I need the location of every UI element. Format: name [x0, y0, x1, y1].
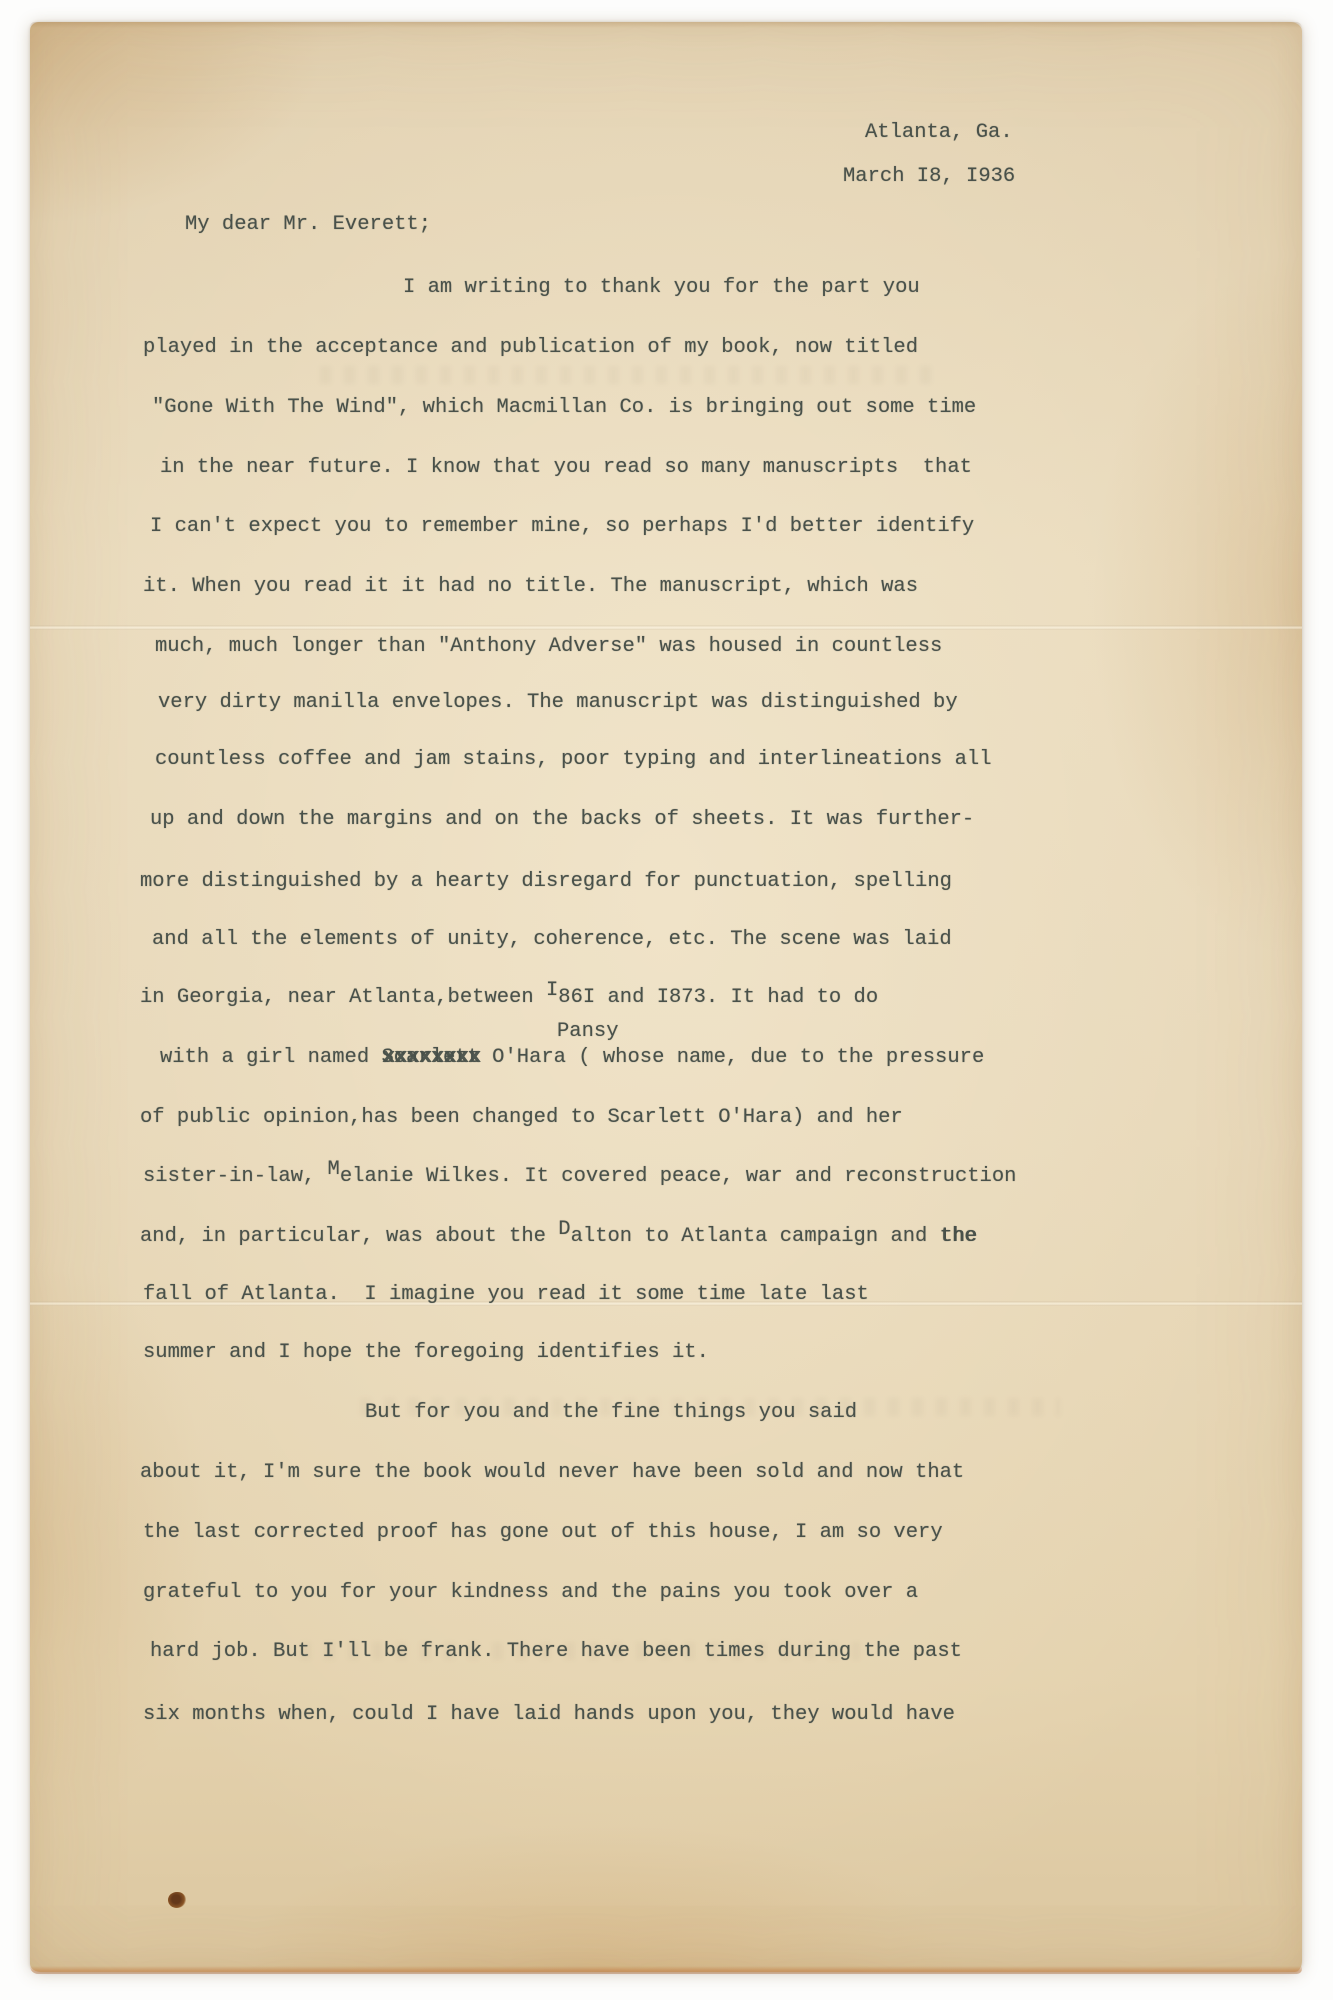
line-text: the — [940, 1225, 977, 1248]
line-text: the last corrected proof has gone out of… — [143, 1521, 943, 1544]
body-line: much, much longer than "Anthony Adverse"… — [155, 633, 942, 661]
body-line: very dirty manilla envelopes. The manusc… — [158, 689, 958, 717]
body-line: I can't expect you to remember mine, so … — [150, 513, 974, 541]
line-text: I — [546, 979, 558, 1002]
line-text: very dirty manilla envelopes. The manusc… — [158, 691, 958, 714]
salutation-line: My dear Mr. Everett; — [185, 211, 431, 239]
date-line: March I8, I936 — [843, 163, 1015, 191]
line-text: about it, I'm sure the book would never … — [140, 1461, 964, 1484]
body-line: the last corrected proof has gone out of… — [143, 1519, 943, 1547]
line-text: Atlanta, Ga. — [865, 121, 1013, 144]
body-line: played in the acceptance and publication… — [143, 334, 918, 362]
body-line: sister-in-law, Melanie Wilkes. It covere… — [143, 1163, 1016, 1191]
line-text: it. When you read it it had no title. Th… — [143, 575, 918, 598]
line-text: But for you and the fine things you said — [365, 1401, 857, 1424]
line-text: March I8, I936 — [843, 165, 1015, 188]
line-text: elanie Wilkes. It covered peace, war and… — [340, 1165, 1017, 1188]
line-text: sister-in-law, — [143, 1165, 328, 1188]
body-line: about it, I'm sure the book would never … — [140, 1459, 964, 1487]
line-text: of public opinion,has been changed to Sc… — [140, 1106, 903, 1129]
body-line: of public opinion,has been changed to Sc… — [140, 1104, 903, 1132]
place-line: Atlanta, Ga. — [865, 119, 1013, 147]
body-line: six months when, could I have laid hands… — [143, 1701, 955, 1729]
line-text: M — [328, 1158, 340, 1181]
overtype-x-marks: xxxxxxxx — [382, 1044, 480, 1072]
interlineation-pansy: Pansy — [557, 1018, 619, 1046]
line-text: D — [558, 1218, 570, 1241]
line-text: O'Hara ( whose name, due to the pressure — [480, 1046, 984, 1069]
body-line: fall of Atlanta. I imagine you read it s… — [143, 1281, 869, 1309]
line-text: alton to Atlanta campaign and — [571, 1225, 940, 1248]
body-line: it. When you read it it had no title. Th… — [143, 573, 918, 601]
body-line: up and down the margins and on the backs… — [150, 806, 974, 834]
line-text: I am writing to thank you for the part y… — [403, 276, 920, 299]
line-text: summer and I hope the foregoing identifi… — [143, 1341, 709, 1364]
line-text: played in the acceptance and publication… — [143, 336, 918, 359]
line-text: up and down the margins and on the backs… — [150, 808, 974, 831]
line-text: in Georgia, near Atlanta,between — [140, 986, 546, 1009]
line-text: fall of Atlanta. I imagine you read it s… — [143, 1283, 869, 1306]
struck-out-word: Scarlettxxxxxxxx — [381, 1044, 479, 1072]
line-text: with a girl named — [160, 1046, 381, 1069]
body-line: I am writing to thank you for the part y… — [403, 274, 920, 302]
body-line: and, in particular, was about the Dalton… — [140, 1223, 977, 1251]
body-line: in Georgia, near Atlanta,between I86I an… — [140, 984, 878, 1012]
line-text: countless coffee and jam stains, poor ty… — [155, 748, 992, 771]
body-line: "Gone With The Wind", which Macmillan Co… — [152, 394, 976, 422]
line-text: hard job. But I'll be frank. There have … — [150, 1640, 962, 1663]
line-text: six months when, could I have laid hands… — [143, 1703, 955, 1726]
body-line: But for you and the fine things you said — [365, 1399, 857, 1427]
line-text: 86I and I873. It had to do — [558, 986, 878, 1009]
line-text: and all the elements of unity, coherence… — [152, 928, 952, 951]
body-line: more distinguished by a hearty disregard… — [140, 868, 952, 896]
line-text: Pansy — [557, 1020, 619, 1043]
line-text: and, in particular, was about the — [140, 1225, 558, 1248]
line-text: grateful to you for your kindness and th… — [143, 1581, 918, 1604]
body-line: grateful to you for your kindness and th… — [143, 1579, 918, 1607]
line-text: much, much longer than "Anthony Adverse"… — [155, 635, 942, 658]
body-line: and all the elements of unity, coherence… — [152, 926, 952, 954]
body-line: in the near future. I know that you read… — [160, 454, 972, 482]
body-line: summer and I hope the foregoing identifi… — [143, 1339, 709, 1367]
letter-text-layer: Atlanta, Ga.March I8, I936My dear Mr. Ev… — [0, 0, 1333, 2000]
body-line: with a girl named Scarlettxxxxxxxx O'Har… — [160, 1044, 984, 1072]
body-line: hard job. But I'll be frank. There have … — [150, 1638, 962, 1666]
line-text: My dear Mr. Everett; — [185, 213, 431, 236]
line-text: in the near future. I know that you read… — [160, 456, 972, 479]
body-line: countless coffee and jam stains, poor ty… — [155, 746, 992, 774]
line-text: "Gone With The Wind", which Macmillan Co… — [152, 396, 976, 419]
line-text: I can't expect you to remember mine, so … — [150, 515, 974, 538]
line-text: more distinguished by a hearty disregard… — [140, 870, 952, 893]
